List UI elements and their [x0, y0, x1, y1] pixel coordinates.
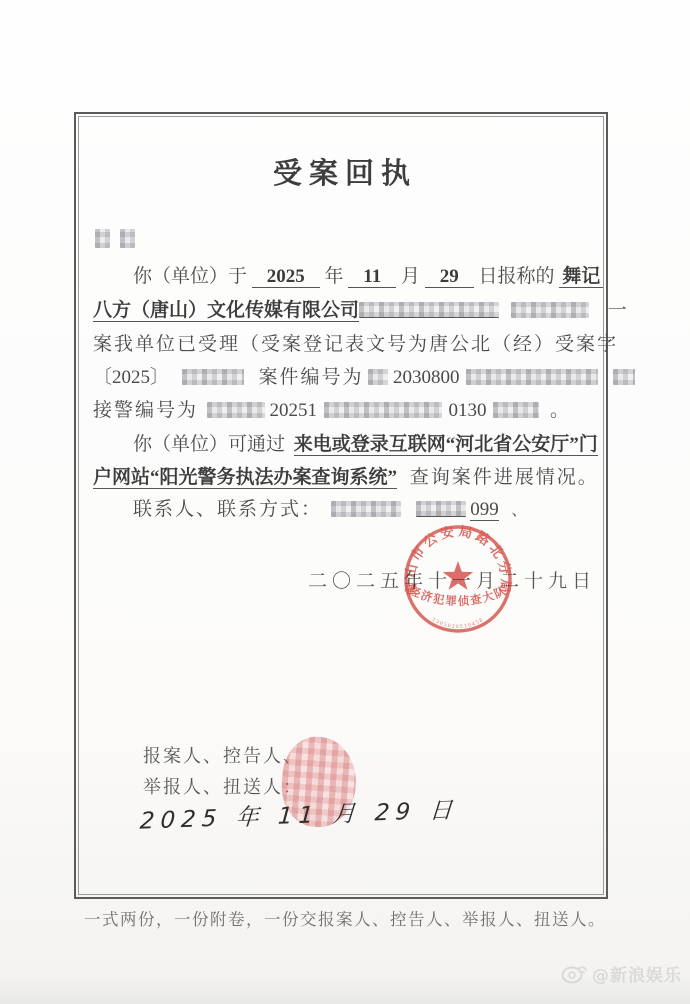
watermark: @新浪娱乐: [560, 960, 682, 986]
case-number-label: 案件编号为: [259, 367, 364, 388]
year-value: 2025: [252, 266, 320, 288]
case-number-visible: 2030800: [393, 367, 460, 388]
seal-team-name: 经济犯罪侦查大队: [407, 583, 509, 608]
redacted-block: [613, 369, 635, 385]
watermark-text: @新浪娱乐: [592, 961, 682, 986]
alarm-number-label: 接警编号为: [93, 400, 198, 421]
query-channel-part1: 来电或登录互联网“河北省公安厅”门: [294, 434, 598, 456]
redacted-block: [120, 229, 135, 248]
query-tail: 查询案件进展情况。: [410, 467, 599, 488]
day-value: 29: [425, 266, 474, 288]
body-line-2: 八方（唐山）文化传媒有限公司 一: [93, 295, 627, 322]
redacted-block: [368, 369, 388, 385]
year-unit: 年: [325, 266, 344, 287]
redacted-block: [331, 501, 401, 517]
reported-label: 日报称的: [479, 266, 555, 287]
redacted-block: [493, 402, 539, 418]
bracket-year: 〔2025〕: [93, 367, 169, 388]
reported-name: 舞记: [559, 266, 603, 288]
body-line-6: 你（单位）可通过 来电或登录互联网“河北省公安厅”门: [133, 429, 598, 456]
body-line-5: 接警编号为 20251 0130 。: [93, 395, 569, 422]
contact-tail: 、: [512, 503, 527, 519]
svg-text:经济犯罪侦查大队: 经济犯罪侦查大队: [407, 583, 509, 608]
redacted-block: [324, 402, 442, 418]
redacted-block: [511, 302, 589, 318]
seal-star-icon: [443, 561, 473, 590]
query-channel-part2: 户网站“阳光警务执法办案查询系统”: [93, 467, 397, 489]
body-line-3: 案我单位已受理（受案登记表文号为唐公北（经）受案字: [93, 329, 618, 356]
redacted-block: [207, 402, 265, 418]
official-seal: 唐山市公安局路北分局 经济犯罪侦查大队 1305020510458: [398, 519, 518, 639]
redacted-block: [182, 369, 244, 385]
footer-note: 一式两份，一份附卷，一份交报案人、控告人、举报人、扭送人。: [0, 906, 690, 930]
body-line-1: 你（单位）于 2025 年 11 月 29 日报称的 舞记: [133, 261, 603, 288]
period-char: 。: [550, 400, 569, 421]
company-name: 八方（唐山）文化传媒有限公司: [93, 300, 359, 322]
alarm-number-part2: 0130: [449, 400, 487, 421]
body-line-8: 联系人、联系方式： 099 、: [133, 494, 527, 521]
month-value: 11: [348, 266, 396, 288]
phone-visible: 099: [470, 499, 499, 521]
weibo-logo-icon: [560, 960, 590, 986]
redacted-block: [359, 302, 499, 318]
body-line-7: 户网站“阳光警务执法办案查询系统” 查询案件进展情况。: [93, 462, 599, 489]
body-line-4: 〔2025〕 案件编号为 2030800: [93, 362, 635, 389]
svg-text:唐山市公安局路北分局: 唐山市公安局路北分局: [401, 522, 514, 597]
redacted-block: [416, 501, 466, 517]
contact-label: 联系人、联系方式：: [133, 499, 322, 520]
dash-char: 一: [608, 300, 627, 321]
signer-line-1: 报案人、控告人、: [143, 742, 303, 768]
redacted-recipient-name: [95, 229, 135, 252]
page-title: 受案回执: [0, 151, 690, 192]
alarm-number-part1: 20251: [270, 400, 318, 421]
seal-org-name: 唐山市公安局路北分局: [401, 522, 514, 597]
redacted-block: [466, 369, 598, 385]
redacted-block: [95, 229, 110, 248]
intro-pre: 你（单位）于: [133, 266, 247, 287]
month-unit: 月: [401, 266, 420, 287]
document-photo: 受案回执 你（单位）于 2025 年 11 月 29 日报称的 舞记 八方（唐山…: [0, 0, 690, 1004]
query-pre: 你（单位）可通过: [133, 434, 285, 455]
signer-line-2: 举报人、扭送人：: [143, 773, 303, 799]
